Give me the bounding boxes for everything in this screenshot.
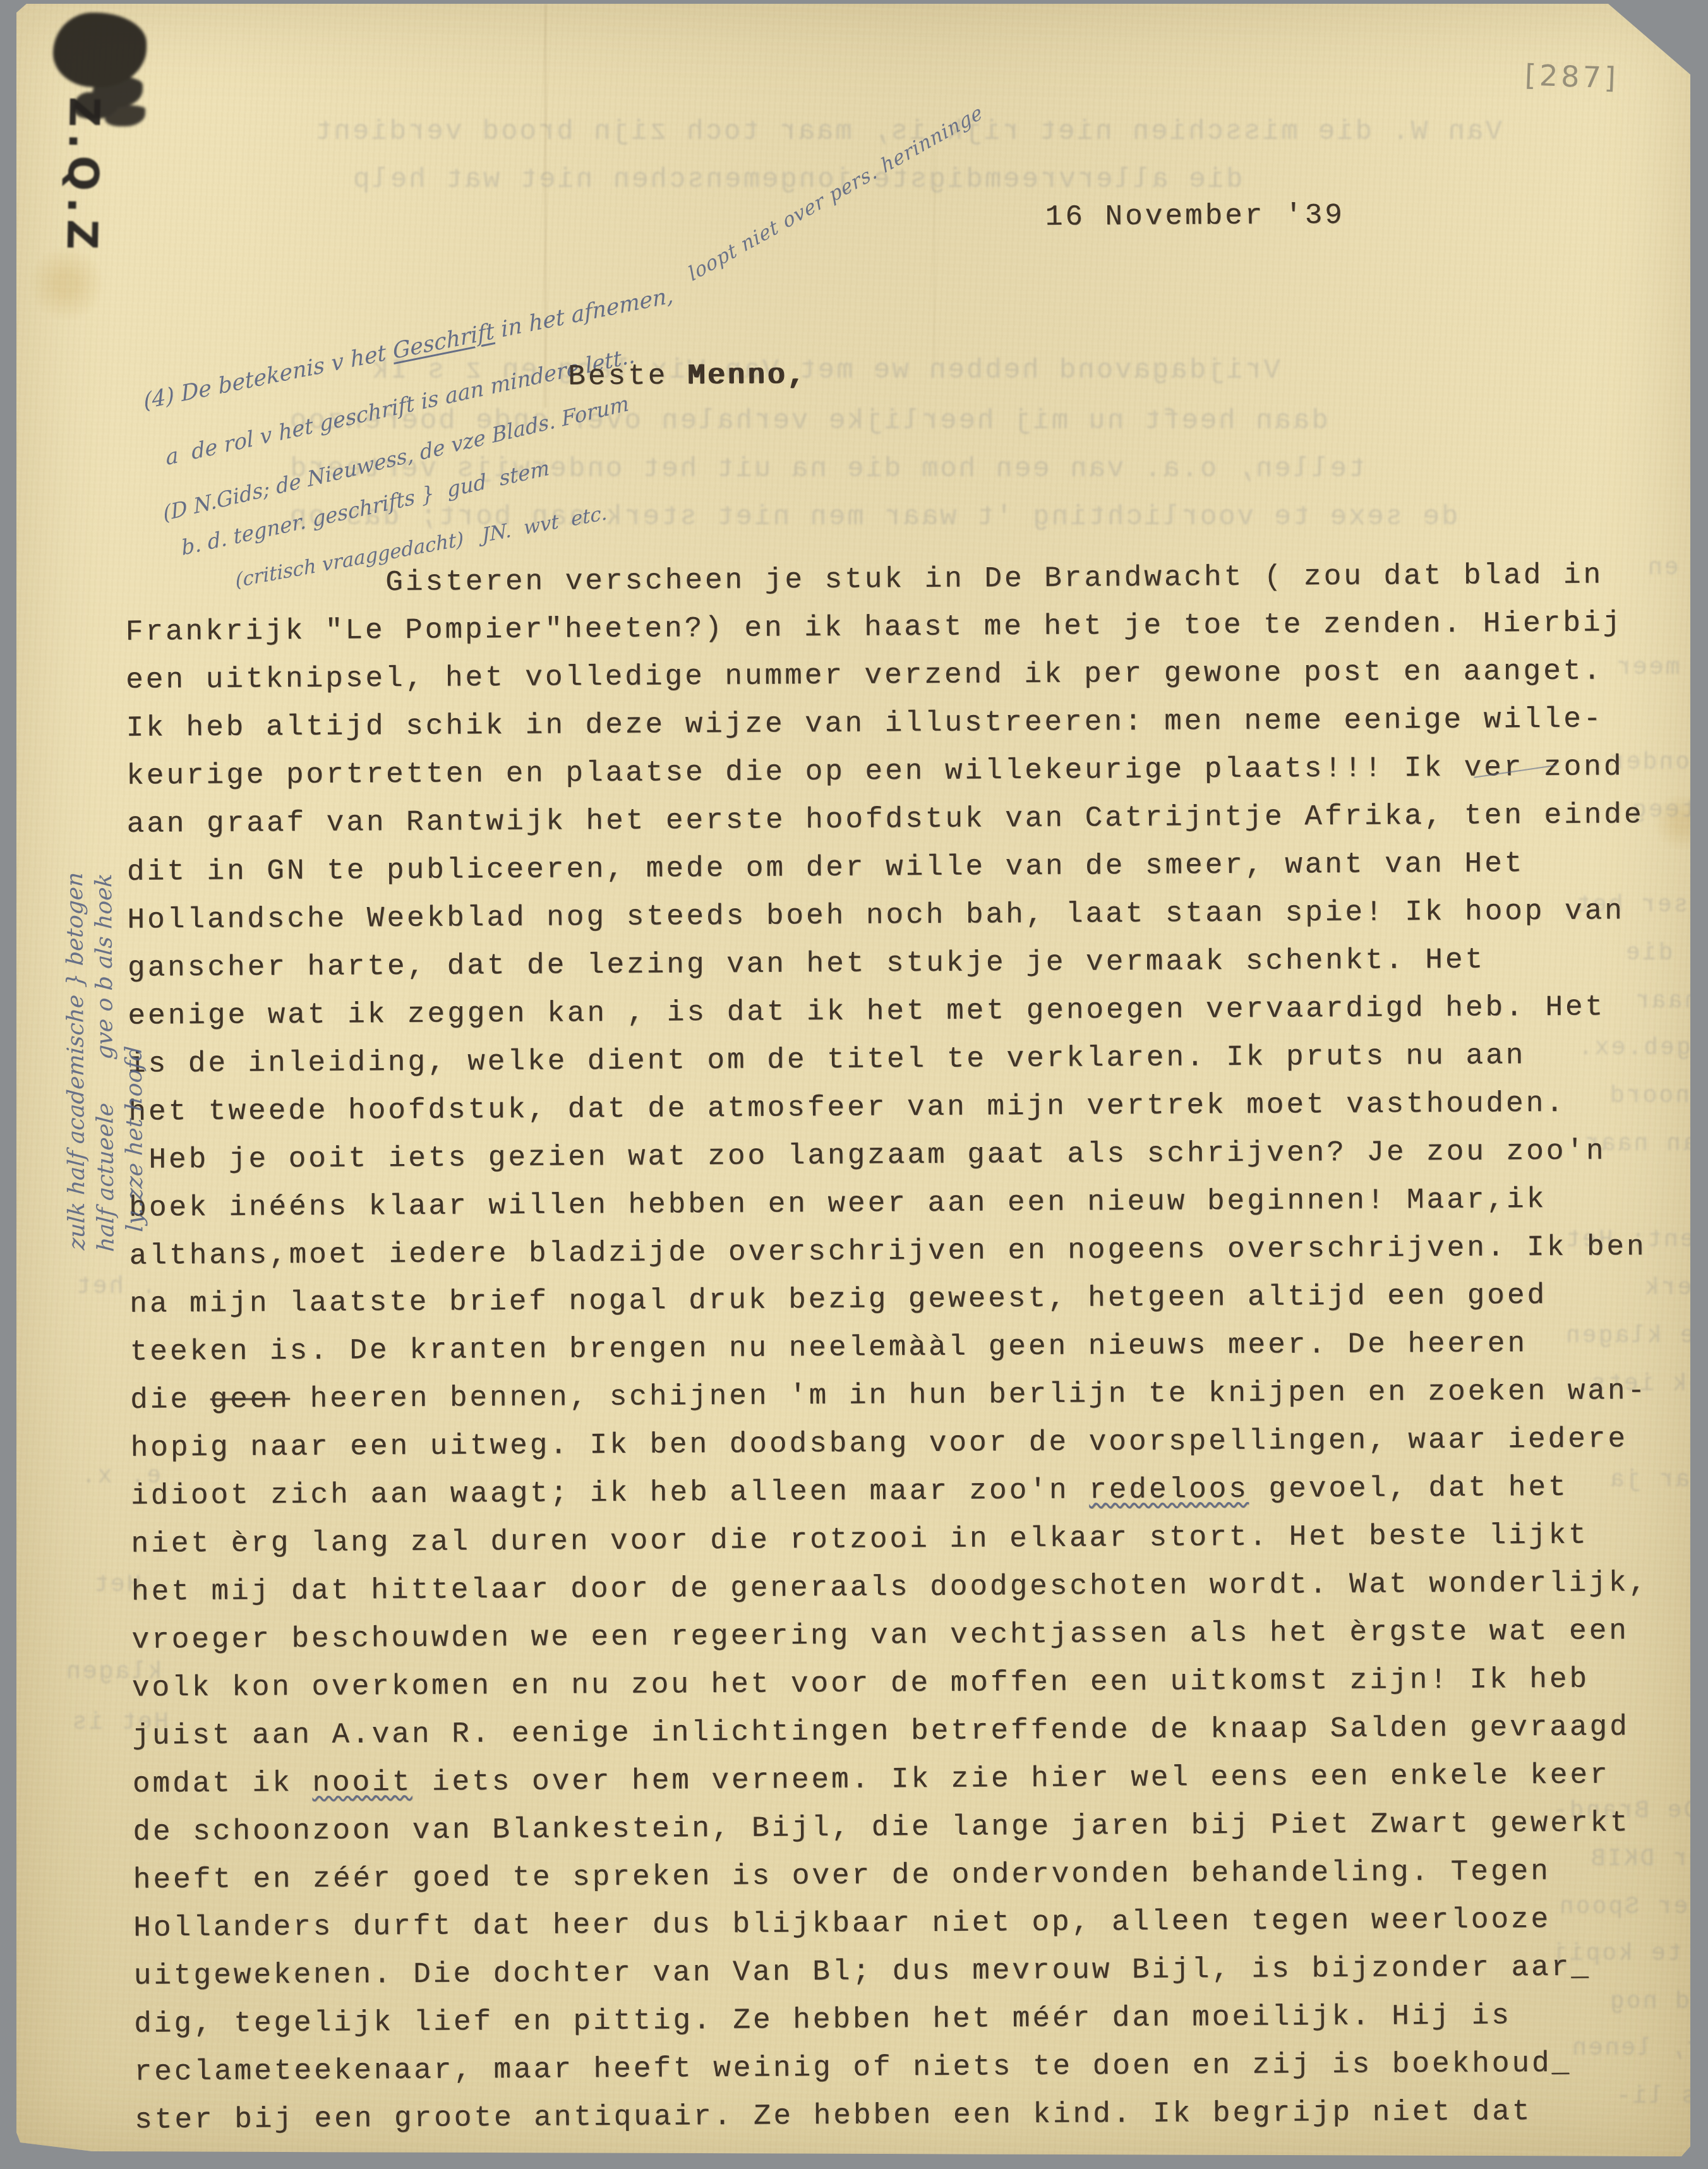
salutation-name: Menno, bbox=[688, 359, 808, 392]
salutation-prefix: Beste bbox=[568, 359, 688, 393]
hand-mark-underline2: Geschrift bbox=[392, 319, 496, 364]
hand-mark-strike: geen bbox=[210, 1383, 290, 1416]
letter-body: Gisteren verscheen je stuk in De Brandwa… bbox=[125, 551, 1695, 2144]
salutation: Beste Menno, bbox=[568, 359, 808, 393]
scan-background: { "document": { "archive_number": "[287]… bbox=[0, 0, 1708, 2169]
hand-mark-join: ver zond bbox=[1464, 750, 1623, 784]
letter-date: 16 November '39 bbox=[1045, 199, 1345, 234]
margin-note-line: half actueele gve o b als hoek bbox=[88, 543, 121, 1253]
letter-paper: Van W. die misschien niet rijk is, maar … bbox=[16, 4, 1690, 2156]
letter-content: loopt niet over pers. herinninge (4) De … bbox=[11, 0, 1699, 2163]
hand-mark-wavy: nooit bbox=[312, 1766, 412, 1799]
margin-note-line: ly..zze het hoofd bbox=[117, 545, 150, 1254]
diagonal-handwritten-note: loopt niet over pers. herinninge bbox=[685, 100, 986, 286]
margin-note-line: zulk half academische } betogen bbox=[59, 541, 92, 1251]
letter-line: ster bij een groote antiquair. Ze hebben… bbox=[135, 2087, 1695, 2144]
hand-mark-wavy: redeloos bbox=[1089, 1473, 1249, 1507]
left-margin-vertical-note: zulk half academische } betogen half act… bbox=[59, 541, 150, 1254]
